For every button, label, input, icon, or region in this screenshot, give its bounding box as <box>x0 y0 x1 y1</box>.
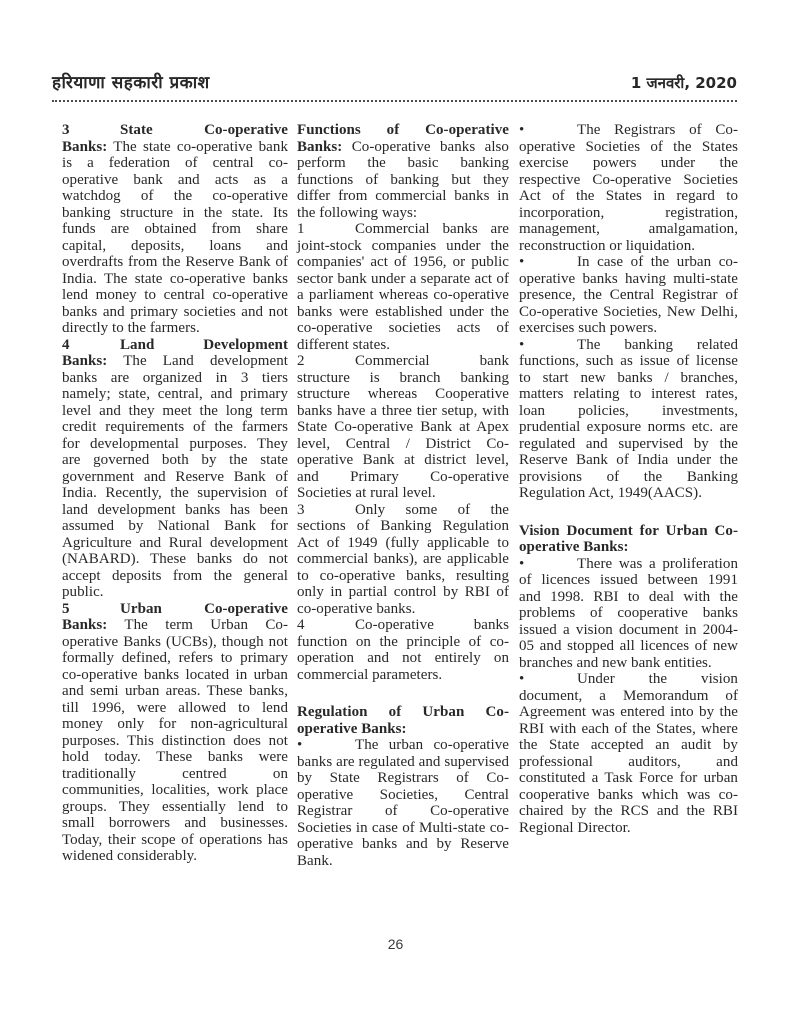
bullet-paragraph: •The banking related functions, such as … <box>519 337 738 502</box>
paragraph-text: Only some of the sections of Banking Reg… <box>297 502 509 617</box>
numbered-paragraph: 3Only some of the sections of Banking Re… <box>297 502 509 618</box>
paragraph-text: Commercial bank structure is branch bank… <box>297 353 509 501</box>
section-number: 3 <box>62 122 120 139</box>
bullet-icon: • <box>519 254 577 271</box>
numbered-paragraph: 1Commercial banks are joint-stock compan… <box>297 221 509 353</box>
paragraph-text: There was a proliferation of licences is… <box>519 556 738 671</box>
sub-heading-text: Regulation of Urban Co-operative Banks: <box>297 704 509 737</box>
bullet-icon: • <box>297 737 355 754</box>
numbered-paragraph: 4Co-operative banks function on the prin… <box>297 617 509 683</box>
list-number: 3 <box>297 502 355 519</box>
bullet-paragraph: •The Registrars of Co-operative Societie… <box>519 122 738 254</box>
section-number: 5 <box>62 601 120 618</box>
bullet-paragraph: •The urban co-operative banks are regula… <box>297 737 509 869</box>
list-number: 4 <box>297 617 355 634</box>
page-header: हरियाणा सहकारी प्रकाश 1 जनवरी, 2020 <box>52 70 737 102</box>
list-number: 1 <box>297 221 355 238</box>
paragraph-text: Under the vision document, a Memorandum … <box>519 671 738 836</box>
issue-date: 1 जनवरी, 2020 <box>631 73 737 93</box>
publication-title: हरियाणा सहकारी प्रकाश <box>52 70 210 93</box>
paragraph-text: The banking related functions, such as i… <box>519 337 738 502</box>
bullet-paragraph: •In case of the urban co-operative banks… <box>519 254 738 337</box>
bullet-icon: • <box>519 337 577 354</box>
bullet-icon: • <box>519 122 577 139</box>
paragraph-text: The urban co-operative banks are regulat… <box>297 737 509 869</box>
sub-heading: Vision Document for Urban Co-operative B… <box>519 523 738 556</box>
list-number: 2 <box>297 353 355 370</box>
paragraph-text: The Registrars of Co-operative Societies… <box>519 122 738 254</box>
article-body: 3State Co-operative Banks: The state co-… <box>62 122 738 869</box>
paragraph-text: Commercial banks are joint-stock compani… <box>297 221 509 353</box>
bullet-paragraph: •There was a proliferation of licences i… <box>519 556 738 672</box>
sub-heading-text: Vision Document for Urban Co-operative B… <box>519 523 738 556</box>
bullet-paragraph: •Under the vision document, a Memorandum… <box>519 671 738 836</box>
sub-heading: Regulation of Urban Co-operative Banks: <box>297 704 509 737</box>
column-2: Functions of Co-operative Banks: Co-oper… <box>297 122 509 869</box>
section-paragraph: 5Urban Co-operative Banks: The term Urba… <box>62 601 288 865</box>
section-paragraph: Functions of Co-operative Banks: Co-oper… <box>297 122 509 221</box>
section-text: The state co-operative bank is a federat… <box>62 139 288 337</box>
bullet-icon: • <box>519 556 577 573</box>
section-number: 4 <box>62 337 120 354</box>
section-paragraph: 4Land Development Banks: The Land develo… <box>62 337 288 601</box>
numbered-paragraph: 2Commercial bank structure is branch ban… <box>297 353 509 502</box>
page-number: 26 <box>0 936 791 952</box>
section-paragraph: 3State Co-operative Banks: The state co-… <box>62 122 288 337</box>
column-1: 3State Co-operative Banks: The state co-… <box>62 122 288 869</box>
document-page: हरियाणा सहकारी प्रकाश 1 जनवरी, 2020 3Sta… <box>0 0 791 1024</box>
bullet-icon: • <box>519 671 577 688</box>
column-3: •The Registrars of Co-operative Societie… <box>519 122 738 869</box>
section-text: The Land development banks are organized… <box>62 353 288 600</box>
section-text: The term Urban Co-operative Banks (UCBs)… <box>62 617 288 864</box>
